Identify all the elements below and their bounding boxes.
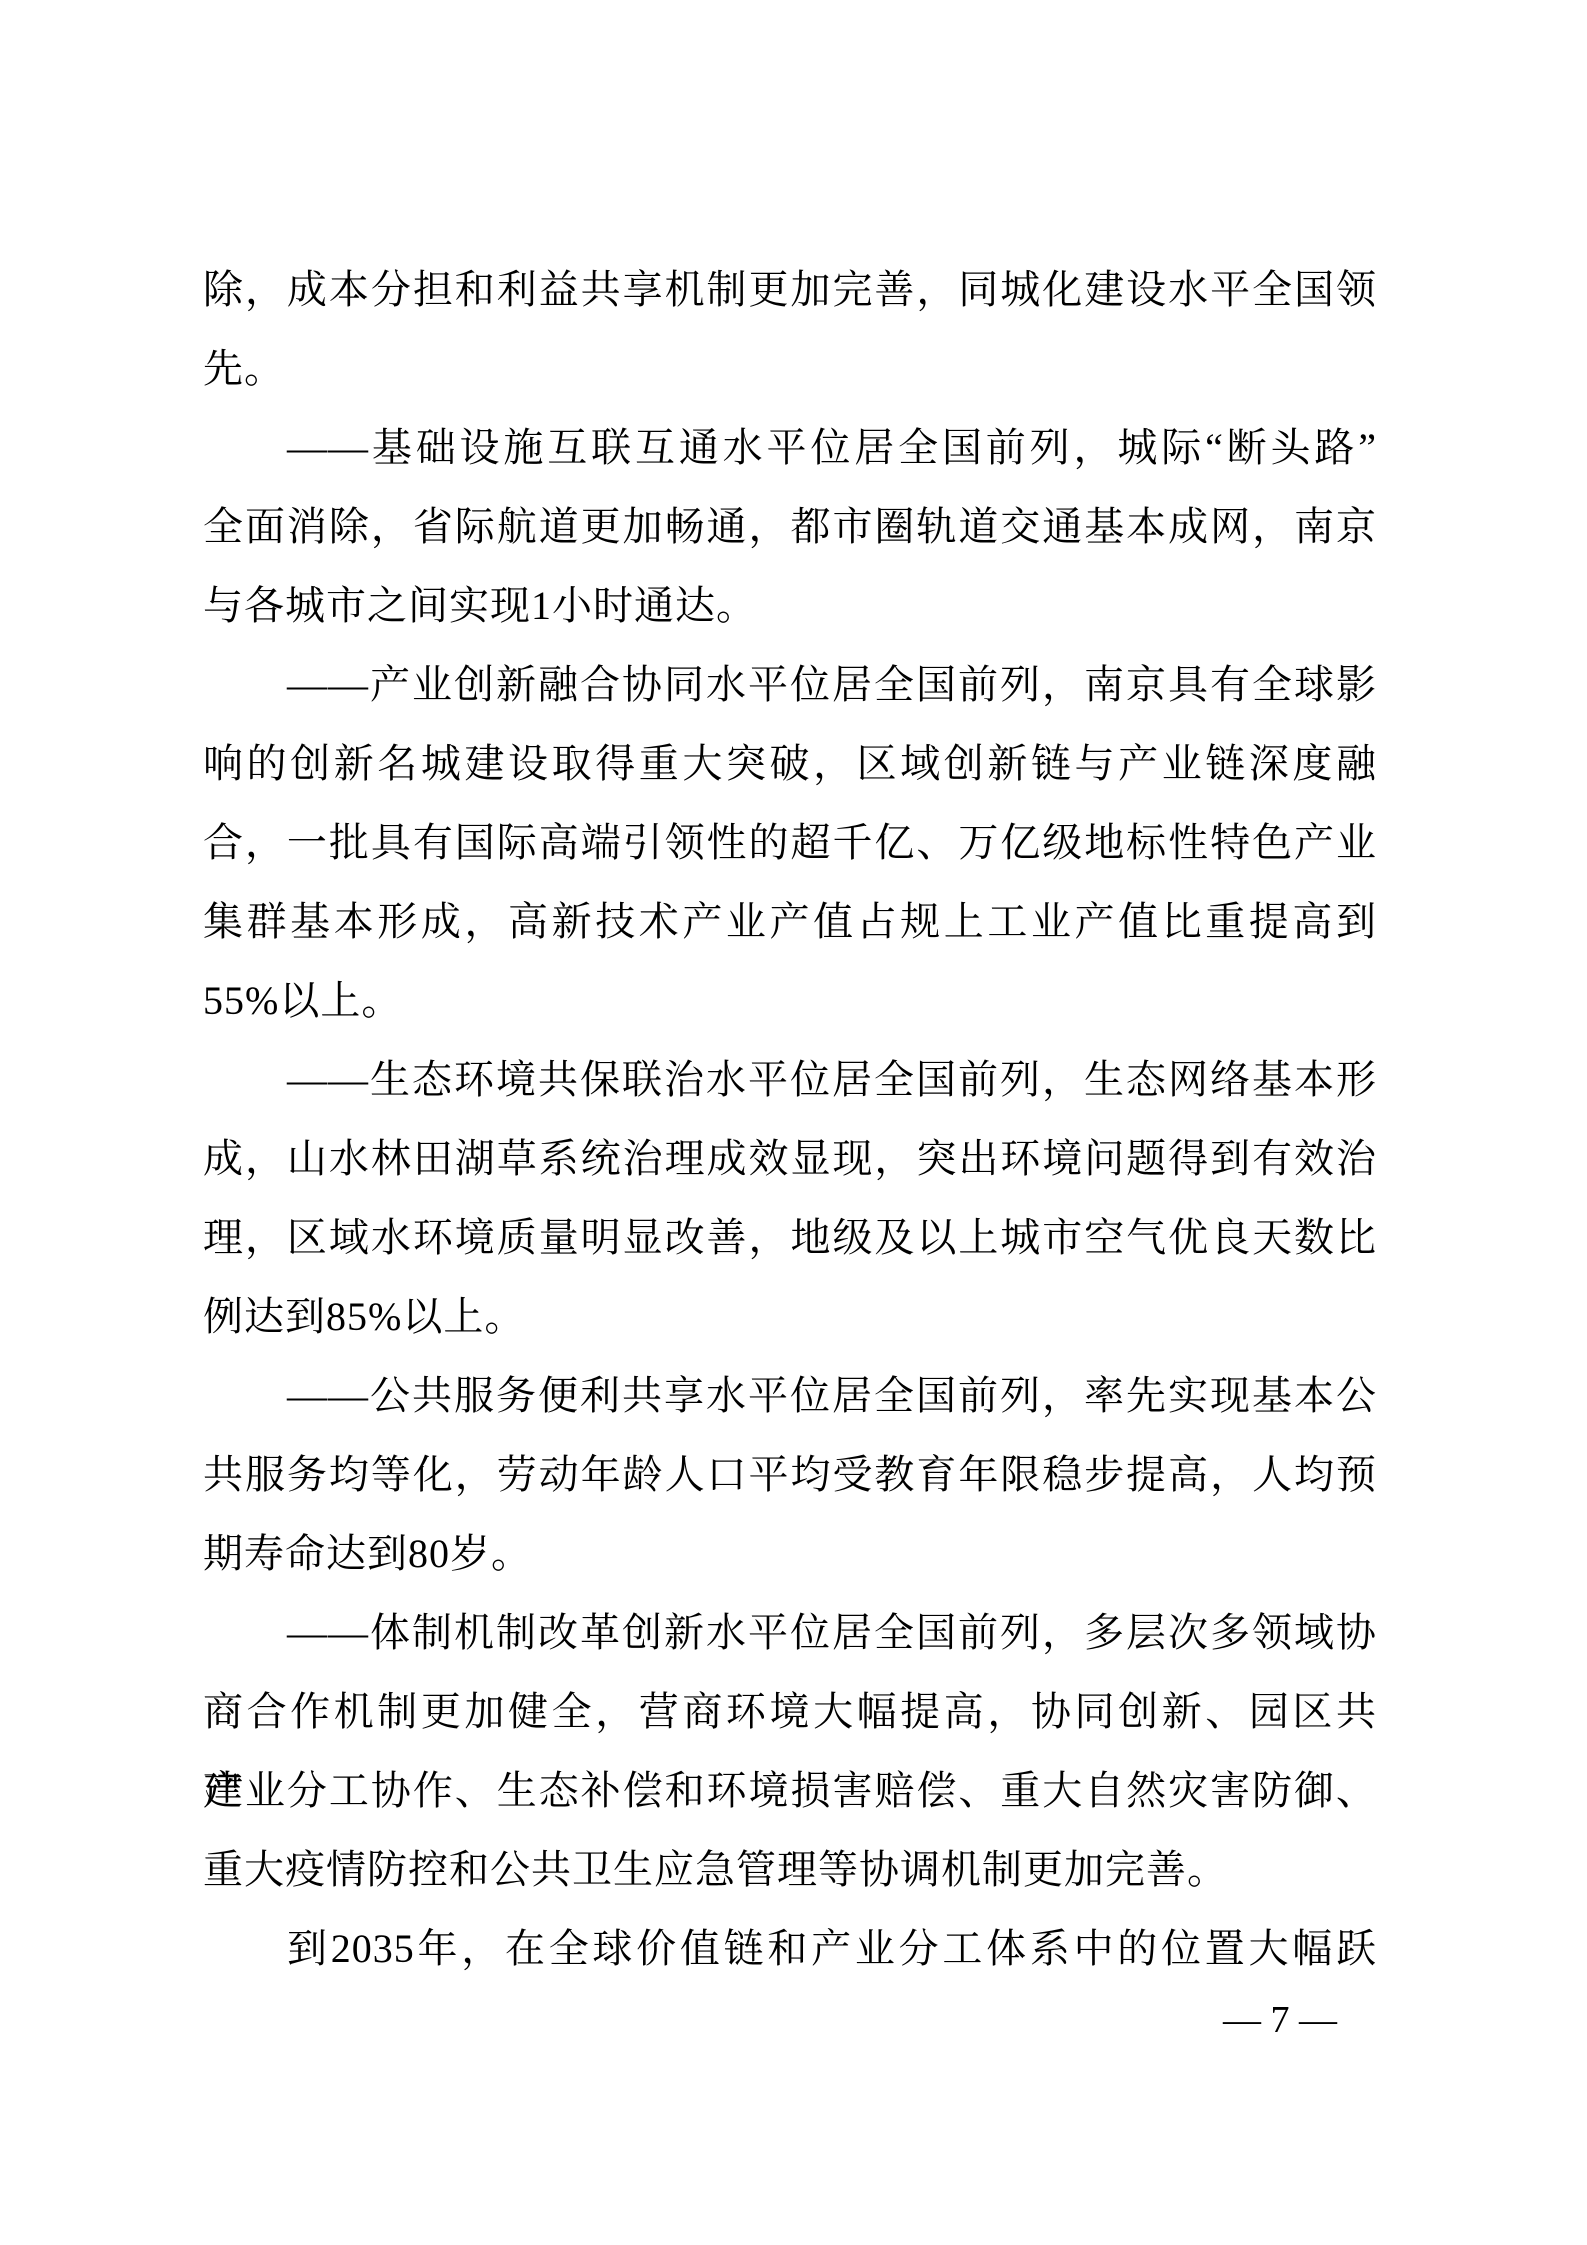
body-text-line: 成，山水林田湖草系统治理成效显现，突出环境问题得到有效治 bbox=[203, 1119, 1377, 1198]
body-text-line: 全面消除，省际航道更加畅通，都市圈轨道交通基本成网，南京 bbox=[203, 487, 1377, 566]
body-text-line: ——公共服务便利共享水平位居全国前列，率先实现基本公 bbox=[203, 1356, 1377, 1435]
body-text-line: 集群基本形成，高新技术产业产值占规上工业产值比重提高到 bbox=[203, 882, 1377, 961]
body-text-line: ——基础设施互联互通水平位居全国前列，城际“断头路” bbox=[203, 408, 1377, 487]
body-text-line: 除，成本分担和利益共享机制更加完善，同城化建设水平全国领 bbox=[203, 250, 1377, 329]
body-text-line: 例达到85%以上。 bbox=[203, 1277, 1377, 1356]
body-text-block: 除，成本分担和利益共享机制更加完善，同城化建设水平全国领 先。 ——基础设施互联… bbox=[203, 250, 1377, 1988]
body-text-line: 响的创新名城建设取得重大突破，区域创新链与产业链深度融 bbox=[203, 724, 1377, 803]
body-text-line: 与各城市之间实现1小时通达。 bbox=[203, 566, 1377, 645]
page-number: — 7 — bbox=[1180, 1996, 1380, 2044]
body-text-line: 重大疫情防控和公共卫生应急管理等协调机制更加完善。 bbox=[203, 1830, 1377, 1909]
body-text-line: 产业分工协作、生态补偿和环境损害赔偿、重大自然灾害防御、 bbox=[203, 1751, 1377, 1830]
body-text-line: 到2035年，在全球价值链和产业分工体系中的位置大幅跃 bbox=[203, 1909, 1377, 1988]
document-page: 除，成本分担和利益共享机制更加完善，同城化建设水平全国领 先。 ——基础设施互联… bbox=[0, 0, 1587, 2245]
body-text-line: ——产业创新融合协同水平位居全国前列，南京具有全球影 bbox=[203, 645, 1377, 724]
body-text-line: 合，一批具有国际高端引领性的超千亿、万亿级地标性特色产业 bbox=[203, 803, 1377, 882]
body-text-line: 商合作机制更加健全，营商环境大幅提高，协同创新、园区共建、 bbox=[203, 1672, 1377, 1751]
body-text-line: 理，区域水环境质量明显改善，地级及以上城市空气优良天数比 bbox=[203, 1198, 1377, 1277]
body-text-line: 55%以上。 bbox=[203, 961, 1377, 1040]
body-text-line: ——体制机制改革创新水平位居全国前列，多层次多领域协 bbox=[203, 1593, 1377, 1672]
body-text-line: 先。 bbox=[203, 329, 1377, 408]
body-text-line: 期寿命达到80岁。 bbox=[203, 1514, 1377, 1593]
body-text-line: 共服务均等化，劳动年龄人口平均受教育年限稳步提高，人均预 bbox=[203, 1435, 1377, 1514]
body-text-line: ——生态环境共保联治水平位居全国前列，生态网络基本形 bbox=[203, 1040, 1377, 1119]
